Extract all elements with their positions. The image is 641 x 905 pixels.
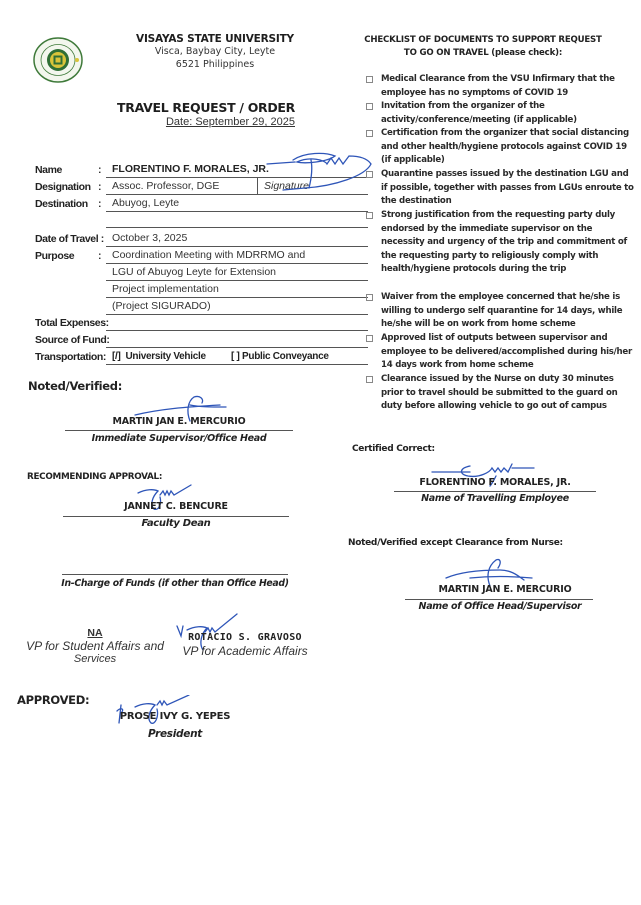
checklist-item-text: Certification from the organizer that so… xyxy=(381,128,629,165)
noted-except-title: Name of Office Head/Supervisor xyxy=(400,601,600,612)
transportation-label: Transportation: xyxy=(35,351,106,363)
vp-academic-title: VP for Academic Affairs xyxy=(180,645,310,658)
date-of-travel-field[interactable]: October 3, 2025 xyxy=(112,232,187,244)
vsu-seal-logo-icon xyxy=(32,36,84,84)
document-title: TRAVEL REQUEST / ORDER xyxy=(115,100,295,115)
certified-signature-line xyxy=(394,491,596,492)
purpose-underline-1 xyxy=(106,263,368,264)
checklist-heading-line1: CHECKLIST OF DOCUMENTS TO SUPPORT REQUES… xyxy=(358,34,608,47)
checklist-item: Strong justification from the requesting… xyxy=(366,209,636,277)
checklist-checkbox[interactable] xyxy=(366,376,373,383)
certified-title: Name of Travelling Employee xyxy=(395,493,595,504)
purpose-colon: : xyxy=(98,250,102,262)
checklist-item-text: Strong justification from the requesting… xyxy=(381,210,627,274)
funds-title: In-Charge of Funds (if other than Office… xyxy=(55,578,295,589)
purpose-line-3[interactable]: Project implementation xyxy=(112,283,219,295)
transportation-underline xyxy=(106,364,368,365)
funds-signature-line xyxy=(62,574,288,575)
total-expenses-field[interactable] xyxy=(106,330,368,331)
noted-except-heading: Noted/Verified except Clearance from Nur… xyxy=(348,538,563,548)
certified-correct-heading: Certified Correct: xyxy=(352,444,435,454)
checklist-item-text: Clearance issued by the Nurse on duty 30… xyxy=(381,374,618,411)
checklist-checkbox[interactable] xyxy=(366,212,373,219)
transport-option-university-vehicle[interactable]: [/] University Vehicle xyxy=(112,351,206,362)
university-address-line1: Visca, Baybay City, Leyte xyxy=(130,45,300,58)
transport-checkbox-public[interactable]: [ ] xyxy=(231,351,240,362)
checklist-item: Clearance issued by the Nurse on duty 30… xyxy=(366,373,636,414)
approved-name: PROSE IVY G. YEPES xyxy=(110,711,240,722)
vp-academic-name: ROTACIO S. GRAVOSO xyxy=(180,632,310,643)
university-address-line2: 6521 Philippines xyxy=(130,58,300,71)
checklist-heading: CHECKLIST OF DOCUMENTS TO SUPPORT REQUES… xyxy=(358,34,608,60)
total-expenses-label: Total Expenses: xyxy=(35,317,109,329)
checklist-heading-line2: TO GO ON TRAVEL (please check): xyxy=(358,47,608,60)
transport-option-public-conveyance[interactable]: [ ] Public Conveyance xyxy=(231,351,329,362)
purpose-underline-4 xyxy=(106,314,368,315)
date-of-travel-label: Date of Travel : xyxy=(35,233,104,245)
checklist-item: Invitation from the organizer of the act… xyxy=(366,100,636,127)
transport-label-public: Public Conveyance xyxy=(242,351,329,362)
designation-colon: : xyxy=(98,181,102,193)
checklist-item: Medical Clearance from the VSU Infirmary… xyxy=(366,73,636,100)
vp-student-name: NA xyxy=(30,627,160,639)
approved-heading: APPROVED: xyxy=(17,693,89,707)
applicant-signature-icon xyxy=(265,150,375,200)
vp-student-title: VP for Student Affairs and Services xyxy=(25,640,165,666)
checklist-item-text: Approved list of outputs between supervi… xyxy=(381,333,632,370)
name-label: Name xyxy=(35,164,62,176)
checklist-checkbox[interactable] xyxy=(366,76,373,83)
checklist-checkbox[interactable] xyxy=(366,335,373,342)
purpose-line-2[interactable]: LGU of Abuyog Leyte for Extension xyxy=(112,266,276,278)
noted-except-name: MARTIN JAN E. MERCURIO xyxy=(405,584,605,595)
certified-name: FLORENTINO F. MORALES, JR. xyxy=(395,477,595,488)
source-of-fund-field[interactable] xyxy=(106,347,368,348)
noted-verified-title: Immediate Supervisor/Office Head xyxy=(65,433,293,444)
checklist-item: Approved list of outputs between supervi… xyxy=(366,332,636,373)
designation-field[interactable]: Assoc. Professor, DGE xyxy=(112,180,219,192)
checklist-checkbox[interactable] xyxy=(366,294,373,301)
checklist-item-text: Medical Clearance from the VSU Infirmary… xyxy=(381,74,615,98)
recommending-signature-line xyxy=(63,516,289,517)
source-of-fund-label: Source of Fund: xyxy=(35,334,110,346)
noted-verified-name: MARTIN JAN E. MERCURIO xyxy=(65,416,293,427)
approved-title: President xyxy=(110,728,240,740)
university-name: VISAYAS STATE UNIVERSITY xyxy=(130,33,300,45)
name-field[interactable]: FLORENTINO F. MORALES, JR. xyxy=(112,163,269,175)
destination-label: Destination xyxy=(35,198,88,210)
transport-label-university: University Vehicle xyxy=(126,351,206,362)
document-date: Date: September 29, 2025 xyxy=(115,116,295,128)
designation-label: Designation xyxy=(35,181,91,193)
checklist-item-text: Waiver from the employee concerned that … xyxy=(381,292,622,329)
signature-divider xyxy=(257,177,258,194)
purpose-label: Purpose xyxy=(35,250,74,262)
checklist-item: Certification from the organizer that so… xyxy=(366,127,636,168)
university-header: VISAYAS STATE UNIVERSITY Visca, Baybay C… xyxy=(130,33,300,71)
date-of-travel-underline xyxy=(106,246,368,247)
name-colon: : xyxy=(98,164,102,176)
noted-verified-signature-line xyxy=(65,430,293,431)
document-title-block: TRAVEL REQUEST / ORDER Date: September 2… xyxy=(115,100,295,128)
purpose-line-1[interactable]: Coordination Meeting with MDRRMO and xyxy=(112,249,305,261)
checklist-item: Quarantine passes issued by the destinat… xyxy=(366,168,636,209)
checklist-checkbox[interactable] xyxy=(366,130,373,137)
checklist-item-text: Quarantine passes issued by the destinat… xyxy=(381,169,634,206)
recommending-approval-heading: RECOMMENDING APPROVAL: xyxy=(27,472,162,482)
purpose-underline-3 xyxy=(106,297,368,298)
checklist-checkbox[interactable] xyxy=(366,103,373,110)
purpose-line-4[interactable]: (Project SIGURADO) xyxy=(112,300,211,312)
destination-colon: : xyxy=(98,198,102,210)
checklist-item-text: Invitation from the organizer of the act… xyxy=(381,101,577,125)
transport-checkbox-university[interactable]: [/] xyxy=(112,351,121,362)
vp-student-title-line1: VP for Student Affairs and xyxy=(25,640,165,653)
noted-except-signature-line xyxy=(405,599,593,600)
recommending-name: JANNET C. BENCURE xyxy=(63,501,289,512)
checklist-checkbox[interactable] xyxy=(366,171,373,178)
recommending-title: Faculty Dean xyxy=(63,518,289,529)
date-of-travel-label-text: Date of Travel xyxy=(35,233,98,245)
destination-underline xyxy=(106,211,368,212)
checklist-item: Waiver from the employee concerned that … xyxy=(366,291,636,332)
vp-student-title-line2: Services xyxy=(25,653,165,666)
destination-extra-underline xyxy=(106,227,368,228)
noted-verified-heading: Noted/Verified: xyxy=(28,379,122,393)
purpose-underline-2 xyxy=(106,280,368,281)
destination-field[interactable]: Abuyog, Leyte xyxy=(112,197,179,209)
